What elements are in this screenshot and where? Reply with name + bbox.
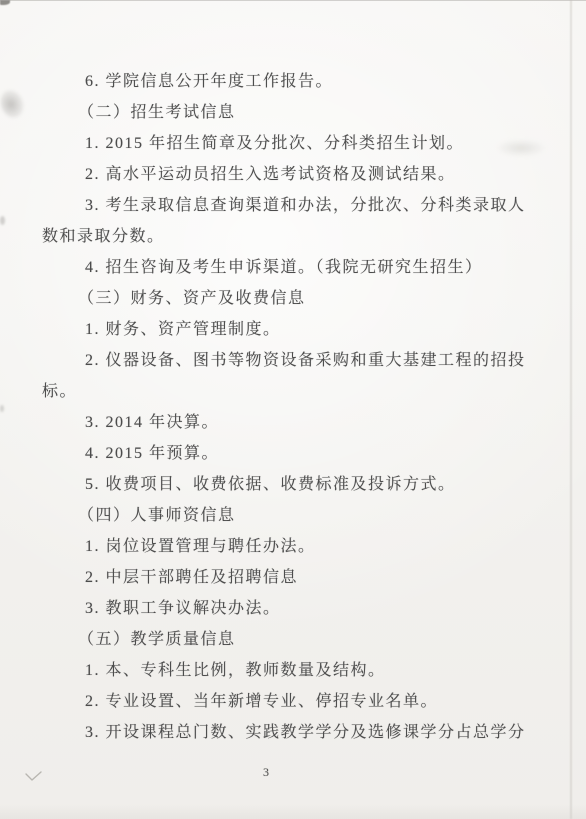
text-line: （二）招生考试信息	[42, 97, 562, 128]
text-line: 2. 仪器设备、图书等物资设备采购和重大基建工程的招投	[42, 345, 562, 376]
scan-speck-top-left	[0, 0, 10, 5]
text-line: 3. 考生录取信息查询渠道和办法，分批次、分科类录取人	[42, 190, 562, 221]
text-line: 4. 2015 年预算。	[42, 438, 562, 469]
scan-smudge-left	[0, 87, 27, 121]
text-line: 2. 高水平运动员招生入选考试资格及测试结果。	[42, 159, 562, 190]
text-line: 3. 开设课程总门数、实践教学学分及选修课学分占总学分	[42, 717, 562, 748]
scan-top-edge	[0, 0, 586, 1]
text-line: 3. 教职工争议解决办法。	[42, 593, 562, 624]
scan-fold-line-right	[570, 0, 572, 819]
text-line: （五）教学质量信息	[42, 624, 562, 655]
text-line: 2. 中层干部聘任及招聘信息	[42, 562, 562, 593]
scan-dot-left-lower	[0, 405, 4, 412]
text-line: （三）财务、资产及收费信息	[42, 283, 562, 314]
document-body: 6. 学院信息公开年度工作报告。（二）招生考试信息1. 2015 年招生简章及分…	[42, 66, 562, 748]
text-line: 1. 本、专科生比例，教师数量及结构。	[42, 655, 562, 686]
text-line: 4. 招生咨询及考生申诉渠道。（我院无研究生招生）	[42, 252, 562, 283]
scanned-document-page: 6. 学院信息公开年度工作报告。（二）招生考试信息1. 2015 年招生简章及分…	[0, 0, 586, 819]
text-line: 1. 岗位设置管理与聘任办法。	[42, 531, 562, 562]
text-line: 数和录取分数。	[42, 221, 562, 252]
page-number: 3	[263, 765, 269, 780]
scan-shadow-bottom	[0, 804, 586, 819]
text-line: 1. 2015 年招生简章及分批次、分科类招生计划。	[42, 128, 562, 159]
text-line: 5. 收费项目、收费依据、收费标准及投诉方式。	[42, 469, 562, 500]
text-line: 标。	[42, 376, 562, 407]
pen-check-mark	[25, 771, 43, 782]
text-line: （四）人事师资信息	[42, 500, 562, 531]
text-line: 3. 2014 年决算。	[42, 407, 562, 438]
text-line: 6. 学院信息公开年度工作报告。	[42, 66, 562, 97]
scan-dot-left-upper	[0, 216, 5, 225]
text-line: 1. 财务、资产管理制度。	[42, 314, 562, 345]
text-line: 2. 专业设置、当年新增专业、停招专业名单。	[42, 686, 562, 717]
